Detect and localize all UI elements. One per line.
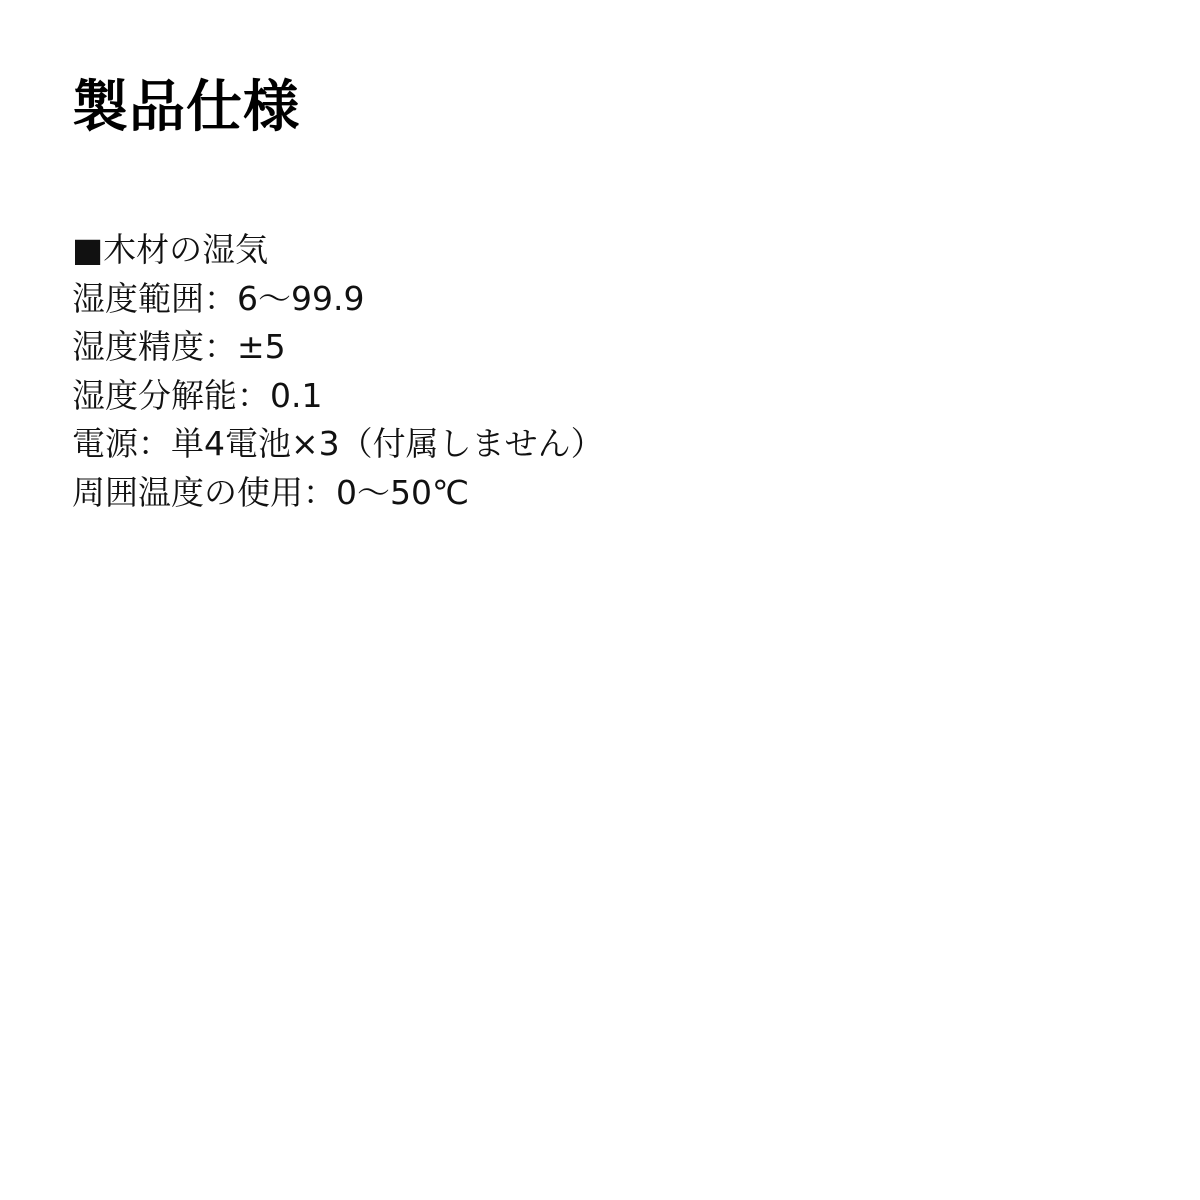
- spec-humidity-accuracy: 湿度精度：±5: [72, 323, 604, 372]
- spec-operating-temperature: 周囲温度の使用：0〜50℃: [72, 469, 604, 518]
- spec-humidity-resolution: 湿度分解能：0.1: [72, 372, 604, 421]
- spec-list: ■木材の湿気 湿度範囲：6〜99.9 湿度精度：±5 湿度分解能：0.1 電源：…: [72, 226, 604, 518]
- page-title: 製品仕様: [72, 70, 300, 146]
- spec-humidity-range: 湿度範囲：6〜99.9: [72, 275, 604, 324]
- spec-section-heading: ■木材の湿気: [72, 226, 604, 275]
- spec-power-source: 電源：単4電池×3（付属しません）: [72, 420, 604, 469]
